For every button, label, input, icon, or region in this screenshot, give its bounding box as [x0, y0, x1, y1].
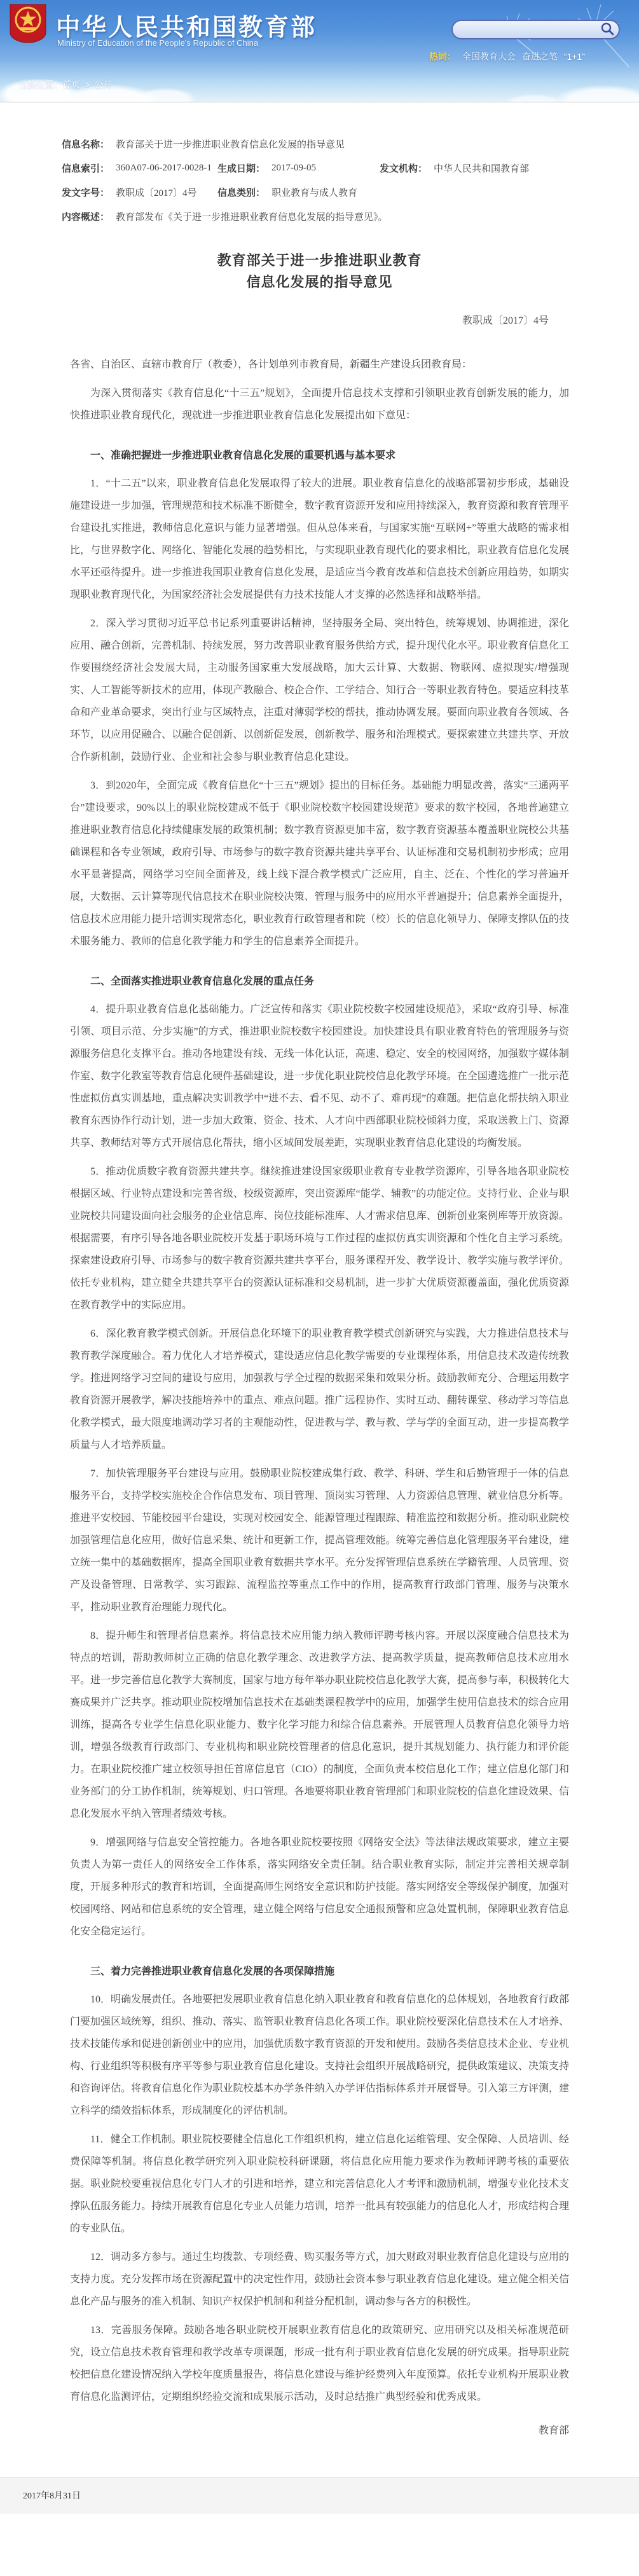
site-title: 中华人民共和国教育部 — [56, 8, 317, 43]
document-title: 教育部关于进一步推进职业教育 信息化发展的指导意见 — [0, 250, 639, 293]
body-paragraph: 10．明确发展责任。各地要把发展职业教育信息化纳入职业教育和教育信息化的总体规划… — [70, 1988, 569, 2122]
hotword-link[interactable]: 奋进之笔 — [522, 52, 558, 62]
breadcrumb-label: 当前位置： — [18, 79, 62, 90]
body-paragraph: 11．健全工作机制。职业院校要健全信息化工作组织机构，建立信息化运维管理、安全保… — [70, 2128, 569, 2240]
site-header: 中华人民共和国教育部 Ministry of Education of the … — [0, 0, 639, 102]
document-title-line1: 教育部关于进一步推进职业教育 — [0, 250, 639, 272]
body-paragraph: 9．增强网络与信息安全管控能力。各地各职业院校要按照《网络安全法》等法律法规政策… — [70, 1831, 569, 1943]
section-heading: 三、着力完善推进职业教育信息化发展的各项保障措施 — [70, 1960, 569, 1983]
sections-container: 一、准确把握进一步推进职业教育信息化发展的重要机遇与基本要求1．“十二五”以来，… — [70, 444, 569, 2408]
breadcrumb-link[interactable]: 首页 — [62, 79, 80, 90]
search-icon — [600, 22, 614, 36]
document-number: 教职成〔2017〕4号 — [0, 312, 639, 327]
page: 中华人民共和国教育部 Ministry of Education of the … — [0, 0, 639, 2514]
hotword-link[interactable]: 全国教育大会 — [462, 52, 516, 62]
hotwords-label: 热词： — [429, 52, 456, 62]
meta-label: 发文机构： — [380, 162, 434, 175]
document-meta-table: 信息名称：教育部关于进一步推进职业教育信息化发展的指导意见信息索引：360A07… — [62, 132, 614, 228]
body-paragraph: 13．完善服务保障。鼓励各地各职业院校开展职业教育信息化的政策研究、应用研究以及… — [70, 2319, 569, 2408]
hotwords-bar: 热词：全国教育大会奋进之笔“1+1” — [429, 50, 585, 63]
meta-value: 职业教育与成人教育 — [271, 186, 380, 199]
search-button[interactable] — [600, 21, 619, 38]
search-box[interactable] — [451, 20, 620, 39]
meta-value: 教育部发布《关于进一步推进职业教育信息化发展的指导意见》。 — [116, 210, 614, 223]
intro-paragraph: 为深入贯彻落实《教育信息化“十三五”规划》，全面提升信息技术支撑和引领职业教育创… — [70, 382, 569, 427]
breadcrumb-link[interactable]: 公开 — [94, 79, 112, 90]
body-paragraph: 3．到2020年，全面完成《教育信息化“十三五”规划》提出的目标任务。基础能力明… — [70, 775, 569, 953]
meta-value: 教职成〔2017〕4号 — [116, 186, 217, 199]
breadcrumb: 当前位置：首页>公开 — [18, 78, 112, 91]
meta-value: 中华人民共和国教育部 — [434, 162, 614, 175]
breadcrumb-separator: > — [85, 79, 90, 90]
body-paragraph: 6．深化教育教学模式创新。开展信息化环境下的职业教育教学模式创新研究与实践，大力… — [70, 1323, 569, 1456]
dandelion-decoration — [436, 0, 639, 95]
body-paragraph: 7．加快管理服务平台建设与应用。鼓励职业院校建成集行政、教学、科研、学生和后勤管… — [70, 1463, 569, 1618]
publish-date: 2017年8月31日 — [23, 2491, 81, 2501]
meta-label: 内容概述： — [62, 210, 116, 223]
body-paragraph: 5．推动优质数字教育资源共建共享。继续推进建设国家级职业教育专业教学资源库，引导… — [70, 1161, 569, 1316]
page-footer: 2017年8月31日 — [0, 2477, 639, 2514]
meta-value: 2017-09-05 — [271, 163, 380, 174]
meta-value: 360A07-06-2017-0028-1 — [116, 163, 217, 174]
document-body: 各省、自治区、直辖市教育厅（教委），各计划单列市教育局，新疆生产建设兵团教育局：… — [70, 354, 569, 2442]
document-title-line2: 信息化发展的指导意见 — [0, 272, 639, 293]
meta-value: 教育部关于进一步推进职业教育信息化发展的指导意见 — [116, 137, 614, 151]
hotword-link[interactable]: “1+1” — [564, 52, 585, 62]
body-paragraph: 1．“十二五”以来，职业教育信息化发展取得了较大的进展。职业教育信息化的战略部署… — [70, 472, 569, 606]
salutation: 各省、自治区、直辖市教育厅（教委），各计划单列市教育局，新疆生产建设兵团教育局： — [70, 354, 569, 376]
body-paragraph: 4．提升职业教育信息化基础能力。广泛宣传和落实《职业院校数字校园建设规范》，采取… — [70, 998, 569, 1154]
section-heading: 一、准确把握进一步推进职业教育信息化发展的重要机遇与基本要求 — [70, 444, 569, 467]
meta-label: 发文字号： — [62, 186, 116, 199]
signature: 教育部 — [70, 2420, 569, 2442]
search-input[interactable] — [453, 21, 600, 38]
meta-label: 信息类别： — [217, 186, 271, 199]
national-emblem-logo — [9, 3, 47, 44]
body-paragraph: 12．调动多方参与。通过生均拨款、专项经费、购买服务等方式，加大财政对职业教育信… — [70, 2246, 569, 2313]
meta-label: 信息名称： — [62, 137, 116, 151]
body-paragraph: 8．提升师生和管理者信息素养。将信息技术应用能力纳入教师评聘考核内容。开展以深度… — [70, 1625, 569, 1825]
body-paragraph: 2．深入学习贯彻习近平总书记系列重要讲话精神，坚持服务全局、突出特色，统筹规划、… — [70, 612, 569, 768]
content-panel: 信息名称：教育部关于进一步推进职业教育信息化发展的指导意见信息索引：360A07… — [0, 102, 639, 2477]
meta-label: 信息索引： — [62, 162, 116, 175]
site-subtitle: Ministry of Education of the People's Re… — [57, 38, 258, 48]
section-heading: 二、全面落实推进职业教育信息化发展的重点任务 — [70, 970, 569, 993]
meta-label: 生成日期： — [217, 162, 271, 175]
